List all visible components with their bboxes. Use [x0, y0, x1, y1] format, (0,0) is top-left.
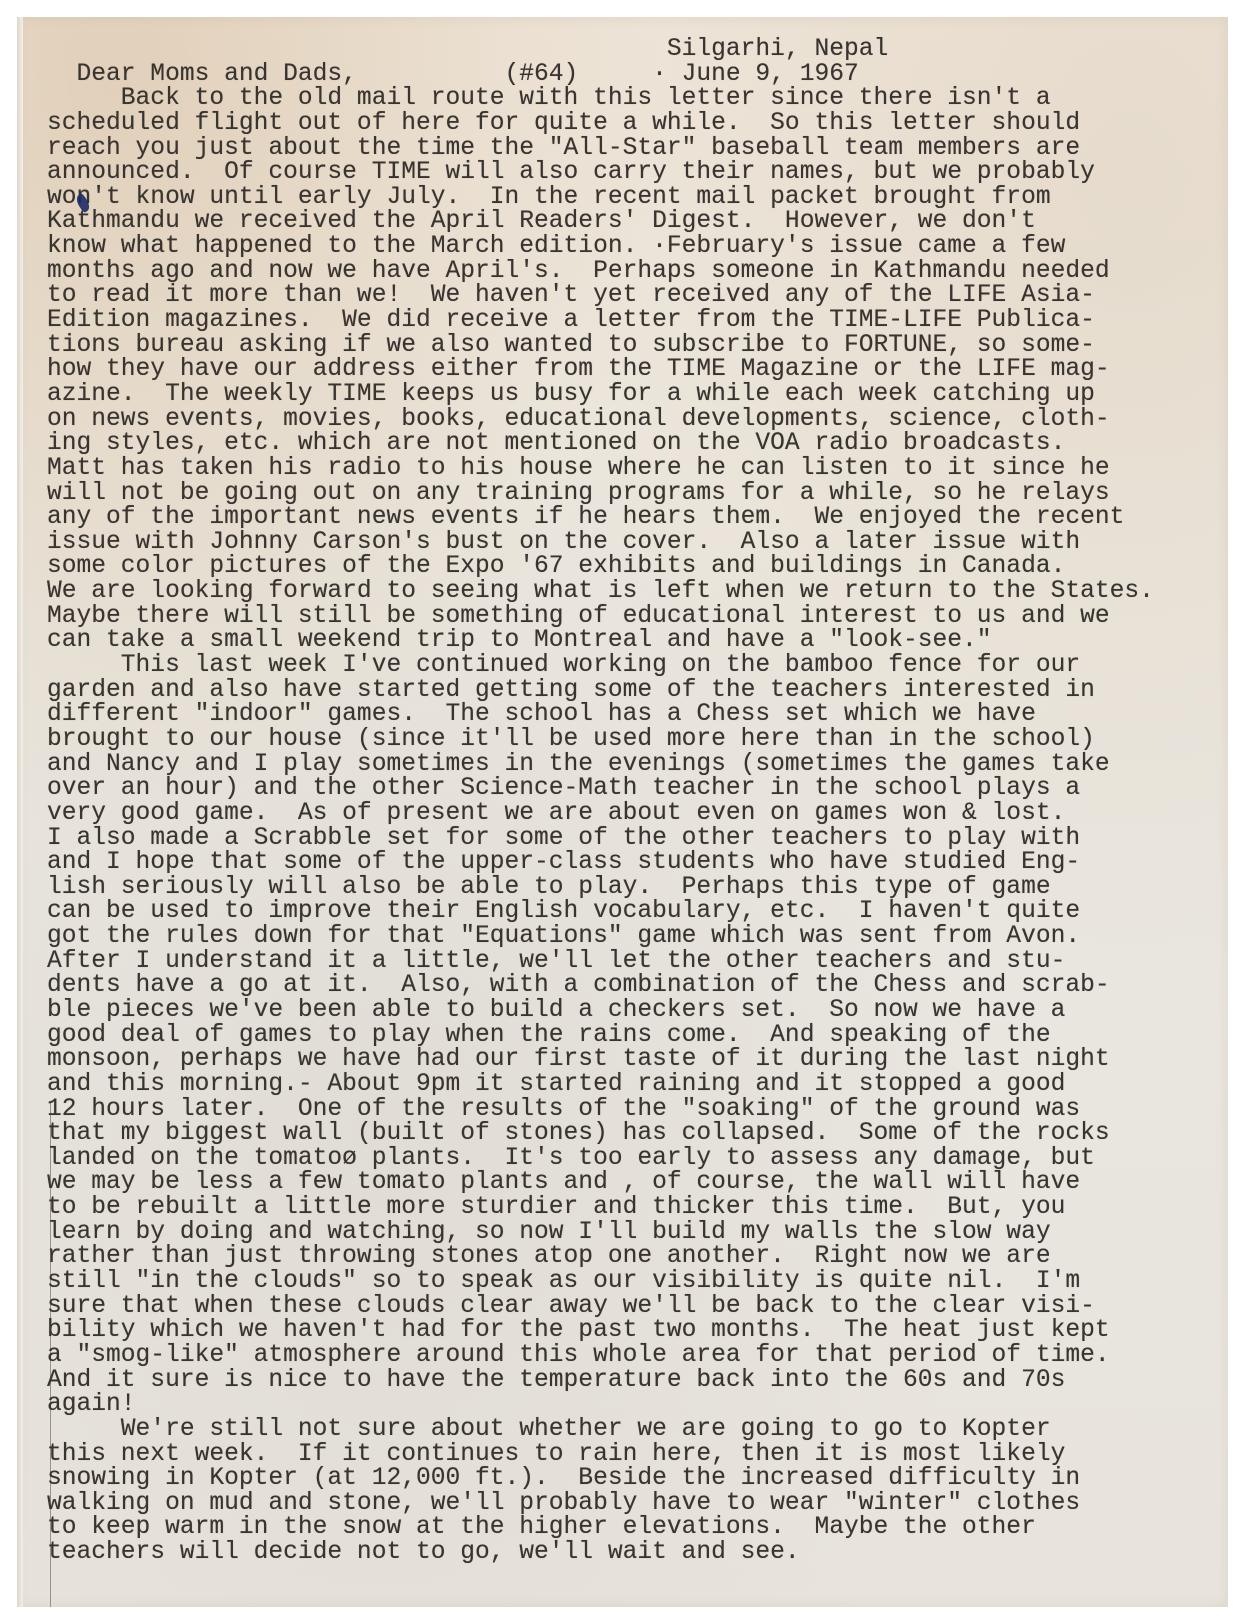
- letter-text-line: good deal of games to play when the rain…: [47, 1024, 1154, 1049]
- letter-text-line: bility which we haven't had for the past…: [47, 1319, 1154, 1344]
- letter-page: Silgarhi, Nepal Dear Moms and Dads, (#64…: [17, 17, 1228, 1607]
- letter-text-line: to read it more than we! We haven't yet …: [47, 284, 1154, 309]
- letter-text-line: Matt has taken his radio to his house wh…: [47, 457, 1154, 482]
- letter-text-line: and this morning.- About 9pm it started …: [47, 1073, 1154, 1098]
- letter-text-line: this next week. If it continues to rain …: [47, 1443, 1154, 1468]
- letter-text-line: some color pictures of the Expo '67 exhi…: [47, 555, 1154, 580]
- letter-text-line: different "indoor" games. The school has…: [47, 703, 1154, 728]
- letter-text-line: Maybe there will still be something of e…: [47, 605, 1154, 630]
- letter-text-line: 12 hours later. One of the results of th…: [47, 1098, 1154, 1123]
- letter-text-line: I also made a Scrabble set for some of t…: [47, 827, 1154, 852]
- letter-text-line: tions bureau asking if we also wanted to…: [47, 334, 1154, 359]
- letter-text-line: a "smog-like" atmosphere around this who…: [47, 1344, 1154, 1369]
- letter-text-line: issue with Johnny Carson's bust on the c…: [47, 531, 1154, 556]
- letter-text-line: still "in the clouds" so to speak as our…: [47, 1270, 1154, 1295]
- letter-text-line: can take a small weekend trip to Montrea…: [47, 629, 1154, 654]
- letter-text-line: teachers will decide not to go, we'll wa…: [47, 1541, 1154, 1566]
- letter-text-line: azine. The weekly TIME keeps us busy for…: [47, 383, 1154, 408]
- letter-text-line: got the rules down for that "Equations" …: [47, 925, 1154, 950]
- letter-text-line: very good game. As of present we are abo…: [47, 802, 1154, 827]
- letter-text-line: announced. Of course TIME will also carr…: [47, 161, 1154, 186]
- letter-text-line: again!: [47, 1393, 1154, 1418]
- letter-text-line: walking on mud and stone, we'll probably…: [47, 1492, 1154, 1517]
- letter-body: Silgarhi, Nepal Dear Moms and Dads, (#64…: [47, 38, 1154, 1566]
- letter-text-line: After I understand it a little, we'll le…: [47, 950, 1154, 975]
- letter-text-line: to keep warm in the snow at the higher e…: [47, 1516, 1154, 1541]
- letter-text-line: over an hour) and the other Science-Math…: [47, 777, 1154, 802]
- letter-text-line: And it sure is nice to have the temperat…: [47, 1369, 1154, 1394]
- letter-text-line: won't know until early July. In the rece…: [47, 186, 1154, 211]
- letter-text-line: snowing in Kopter (at 12,000 ft.). Besid…: [47, 1467, 1154, 1492]
- letter-text-line: any of the important news events if he h…: [47, 506, 1154, 531]
- letter-text-line: scheduled flight out of here for quite a…: [47, 112, 1154, 137]
- letter-text-line: know what happened to the March edition.…: [47, 235, 1154, 260]
- letter-text-line: lish seriously will also be able to play…: [47, 876, 1154, 901]
- letter-text-line: This last week I've continued working on…: [47, 654, 1154, 679]
- letter-text-line: dents have a go at it. Also, with a comb…: [47, 974, 1154, 999]
- letter-text-line: landed on the tomatoø plants. It's too e…: [47, 1147, 1154, 1172]
- letter-text-line: and I hope that some of the upper-class …: [47, 851, 1154, 876]
- letter-text-line: rather than just throwing stones atop on…: [47, 1245, 1154, 1270]
- letter-text-line: sure that when these clouds clear away w…: [47, 1295, 1154, 1320]
- letter-heading-line: Silgarhi, Nepal: [47, 38, 1154, 63]
- letter-text-line: how they have our address either from th…: [47, 358, 1154, 383]
- letter-text-line: Kathmandu we received the April Readers'…: [47, 210, 1154, 235]
- letter-text-line: Edition magazines. We did receive a lett…: [47, 309, 1154, 334]
- letter-text-line: we may be less a few tomato plants and ,…: [47, 1171, 1154, 1196]
- letter-text-line: We're still not sure about whether we ar…: [47, 1418, 1154, 1443]
- letter-text-line: and Nancy and I play sometimes in the ev…: [47, 753, 1154, 778]
- letter-text-line: ing styles, etc. which are not mentioned…: [47, 432, 1154, 457]
- letter-text-line: to be rebuilt a little more sturdier and…: [47, 1196, 1154, 1221]
- letter-text-line: reach you just about the time the "All-S…: [47, 137, 1154, 162]
- letter-text-line: months ago and now we have April's. Perh…: [47, 260, 1154, 285]
- letter-text-line: will not be going out on any training pr…: [47, 482, 1154, 507]
- letter-text-line: learn by doing and watching, so now I'll…: [47, 1221, 1154, 1246]
- letter-text-line: can be used to improve their English voc…: [47, 900, 1154, 925]
- letter-text-line: on news events, movies, books, education…: [47, 408, 1154, 433]
- letter-text-line: monsoon, perhaps we have had our first t…: [47, 1048, 1154, 1073]
- paper-edge: [17, 17, 23, 1607]
- letter-text-line: ble pieces we've been able to build a ch…: [47, 999, 1154, 1024]
- letter-text-line: brought to our house (since it'll be use…: [47, 728, 1154, 753]
- letter-heading-line: Dear Moms and Dads, (#64) · June 9, 1967: [47, 63, 1154, 88]
- letter-text-line: that my biggest wall (built of stones) h…: [47, 1122, 1154, 1147]
- letter-text-line: Back to the old mail route with this let…: [47, 87, 1154, 112]
- letter-text-line: garden and also have started getting som…: [47, 679, 1154, 704]
- letter-text-line: We are looking forward to seeing what is…: [47, 580, 1154, 605]
